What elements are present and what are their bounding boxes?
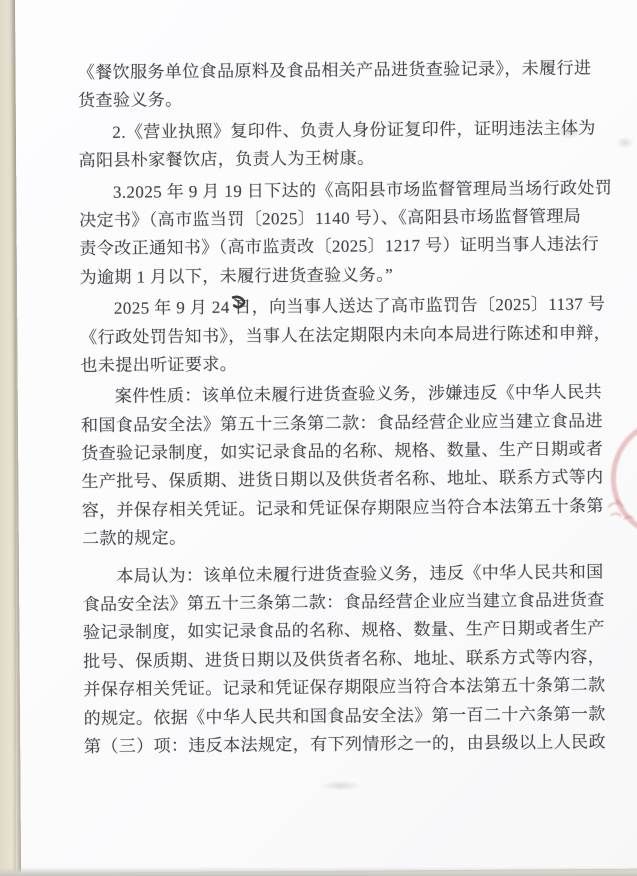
- text-line: 并保存相关凭证。记录和凭证保存期限应当符合本法第五十条第二款: [83, 671, 618, 704]
- text-line: 验记录制度，如实记录食品的名称、规格、数量、生产日期或者生产: [83, 615, 618, 648]
- text-line: 2.《营业执照》复印件、负责人身份证复印件，证明违法主体为: [78, 114, 613, 147]
- text-line: 2025 年 9 月 24 日，向当事人送达了高市监罚告〔2025〕1137 号: [80, 290, 615, 323]
- scan-smudge: [616, 137, 634, 149]
- official-seal-stamp: [586, 404, 637, 553]
- document-body: 《餐饮服务单位食品原料及食品相关产品进货查验记录》，未履行进货查验义务。2.《营…: [78, 54, 619, 761]
- text-line: 《餐饮服务单位食品原料及食品相关产品进货查验记录》，未履行进: [78, 54, 613, 87]
- scan-smudge: [320, 781, 360, 791]
- text-line: 案件性质：该单位未履行进货查验义务，涉嫌违反《中华人民共: [81, 379, 616, 412]
- text-line: 二款的规定。: [82, 521, 617, 554]
- ink-mark: [230, 294, 248, 316]
- text-line: 货查验义务。: [78, 83, 613, 116]
- scan-background: { "document": { "paragraphs": [ { "inden…: [0, 0, 637, 876]
- text-line: 也未提出听证要求。: [80, 347, 615, 380]
- scanner-bottom-edge: [0, 867, 637, 876]
- text-line: 责令改正通知书》（高市监责改〔2025〕1217 号）证明当事人违法行: [79, 231, 614, 264]
- ink-mark-stroke: [230, 294, 248, 316]
- text-line: 《行政处罚告知书》，当事人在法定期限内未向本局进行陈述和申辩，: [80, 319, 615, 352]
- text-line: 为逾期 1 月以下，未履行进货查验义务。”: [80, 259, 615, 292]
- text-line: 容，并保存相关凭证。记录和凭证保存期限应当符合本法第五十条第: [82, 492, 617, 525]
- text-line: 第（三）项：违反本法规定，有下列情形之一的，由县级以上人民政: [84, 728, 619, 761]
- seal-graphic: [586, 404, 637, 553]
- scanner-edge-strip: [0, 0, 16, 876]
- text-line: 高阳县朴家餐饮店，负责人为王树康。: [79, 142, 614, 175]
- paper-page: 《餐饮服务单位食品原料及食品相关产品进货查验记录》，未履行进货查验义务。2.《营…: [15, 0, 637, 873]
